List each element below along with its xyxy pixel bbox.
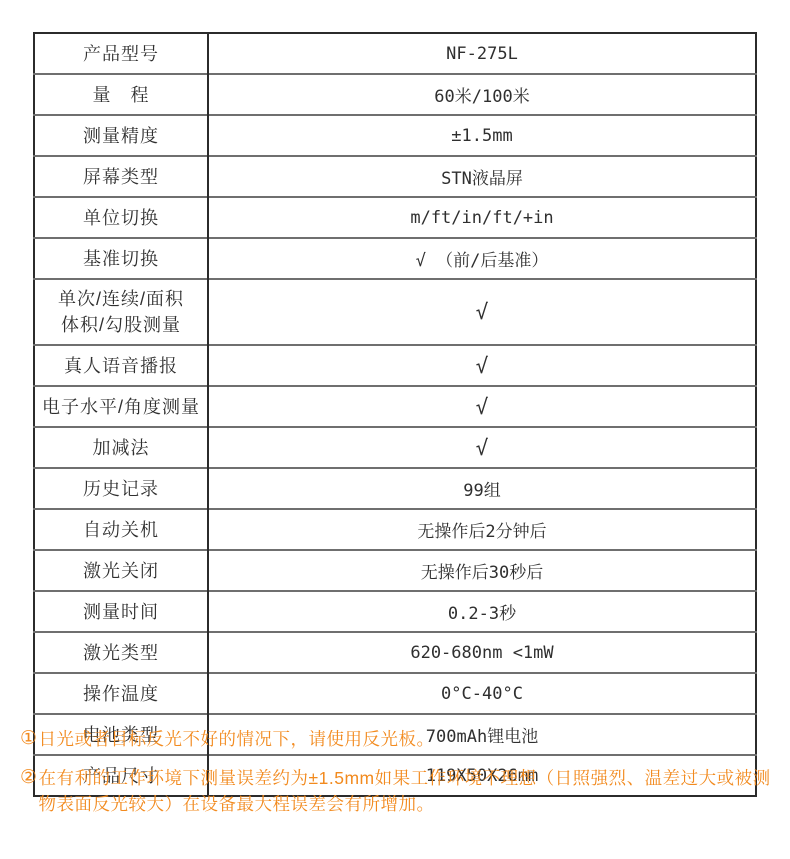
spec-label-cell: 单次/连续/面积 体积/勾股测量: [34, 279, 208, 345]
spec-value-cell: 620-680nm <1mW: [208, 632, 756, 673]
spec-value-cell: √: [208, 427, 756, 468]
table-row: 加减法 √: [34, 427, 756, 468]
note-item: ② 在有利的工作环境下测量误差约为±1.5mm如果工作环境不理想（日照强烈、温差…: [20, 765, 776, 817]
spec-value-cell: 无操作后2分钟后: [208, 509, 756, 550]
spec-label-cell: 产品型号: [34, 33, 208, 74]
spec-label-cell: 自动关机: [34, 509, 208, 550]
table-row: 历史记录 99组: [34, 468, 756, 509]
spec-value-cell: 0°C-40°C: [208, 673, 756, 714]
note-text: 日光或者目标反光不好的情况下，请使用反光板。: [39, 726, 776, 752]
table-row: 单位切换 m/ft/in/ft/+in: [34, 197, 756, 238]
note-text: 在有利的工作环境下测量误差约为±1.5mm如果工作环境不理想（日照强烈、温差过大…: [39, 765, 776, 817]
note-marker: ②: [20, 765, 38, 791]
spec-label-cell: 测量时间: [34, 591, 208, 632]
spec-value-cell: ±1.5mm: [208, 115, 756, 156]
spec-label-cell: 量 程: [34, 74, 208, 115]
spec-value-cell: 0.2-3秒: [208, 591, 756, 632]
spec-value-cell: 无操作后30秒后: [208, 550, 756, 591]
table-row: 测量精度 ±1.5mm: [34, 115, 756, 156]
spec-label-cell: 激光关闭: [34, 550, 208, 591]
spec-table-body: 产品型号 NF-275L 量 程 60米/100米 测量精度 ±1.5mm 屏幕…: [34, 33, 756, 796]
table-row: 单次/连续/面积 体积/勾股测量 √: [34, 279, 756, 345]
spec-value-cell: √ （前/后基准）: [208, 238, 756, 279]
table-row: 测量时间 0.2-3秒: [34, 591, 756, 632]
spec-label-cell: 电子水平/角度测量: [34, 386, 208, 427]
table-row: 基准切换 √ （前/后基准）: [34, 238, 756, 279]
table-row: 产品型号 NF-275L: [34, 33, 756, 74]
spec-value-cell: √: [208, 279, 756, 345]
spec-value-cell: 60米/100米: [208, 74, 756, 115]
table-row: 激光类型 620-680nm <1mW: [34, 632, 756, 673]
table-row: 真人语音播报 √: [34, 345, 756, 386]
spec-value-cell: NF-275L: [208, 33, 756, 74]
spec-value-cell: 99组: [208, 468, 756, 509]
note-item: ① 日光或者目标反光不好的情况下，请使用反光板。: [20, 726, 776, 752]
table-row: 操作温度 0°C-40°C: [34, 673, 756, 714]
table-row: 激光关闭 无操作后30秒后: [34, 550, 756, 591]
spec-label-cell: 操作温度: [34, 673, 208, 714]
spec-label-cell: 单位切换: [34, 197, 208, 238]
spec-label-cell: 屏幕类型: [34, 156, 208, 197]
notes-section: ① 日光或者目标反光不好的情况下，请使用反光板。 ② 在有利的工作环境下测量误差…: [20, 726, 776, 830]
spec-label-cell: 历史记录: [34, 468, 208, 509]
product-spec-page: 产品型号 NF-275L 量 程 60米/100米 测量精度 ±1.5mm 屏幕…: [0, 0, 790, 859]
spec-label-cell: 测量精度: [34, 115, 208, 156]
spec-label-cell: 激光类型: [34, 632, 208, 673]
spec-label-cell: 加减法: [34, 427, 208, 468]
spec-table: 产品型号 NF-275L 量 程 60米/100米 测量精度 ±1.5mm 屏幕…: [33, 32, 757, 797]
table-row: 电子水平/角度测量 √: [34, 386, 756, 427]
spec-label-cell: 基准切换: [34, 238, 208, 279]
spec-label-cell: 真人语音播报: [34, 345, 208, 386]
spec-value-cell: STN液晶屏: [208, 156, 756, 197]
spec-value-cell: √: [208, 386, 756, 427]
table-row: 屏幕类型 STN液晶屏: [34, 156, 756, 197]
spec-value-cell: m/ft/in/ft/+in: [208, 197, 756, 238]
table-row: 量 程 60米/100米: [34, 74, 756, 115]
note-marker: ①: [20, 726, 38, 752]
table-row: 自动关机 无操作后2分钟后: [34, 509, 756, 550]
spec-value-cell: √: [208, 345, 756, 386]
